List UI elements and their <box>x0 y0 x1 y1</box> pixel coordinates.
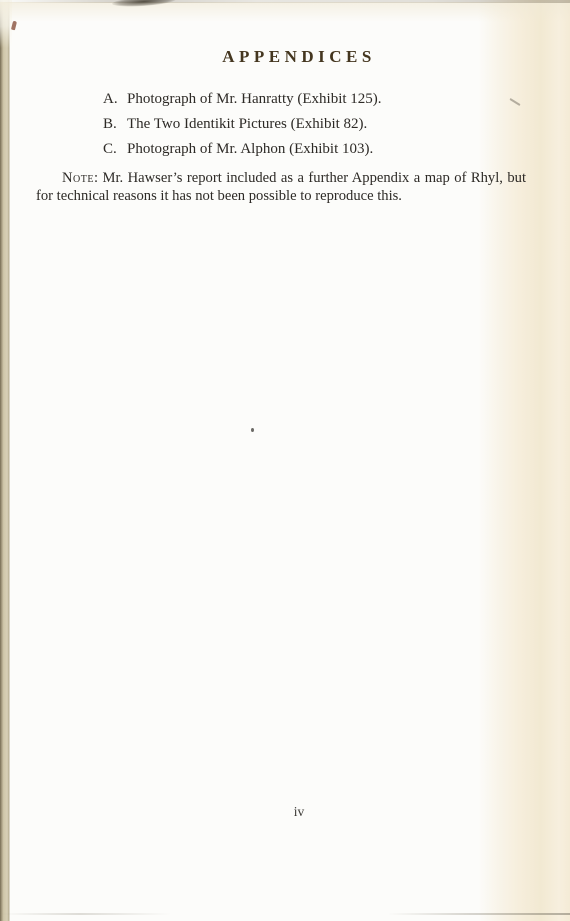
appendix-item-label: C. <box>103 141 127 158</box>
appendix-item-label: B. <box>103 116 127 133</box>
page-number: iv <box>28 804 570 820</box>
note-text: : Mr. Hawser’s report included as a furt… <box>36 170 526 204</box>
appendix-item-b: B. The Two Identikit Pictures (Exhibit 8… <box>103 116 367 133</box>
appendix-item-label: A. <box>103 91 127 108</box>
right-page-edge <box>478 0 570 921</box>
top-shadow-fade <box>0 2 570 22</box>
top-scan-edge <box>0 0 570 3</box>
appendix-item-text: Photograph of Mr. Hanratty (Exhibit 125)… <box>127 91 382 108</box>
appendix-item-text: The Two Identikit Pictures (Exhibit 82). <box>127 116 367 133</box>
ink-speck-middle <box>251 428 254 432</box>
ink-speck-top-left <box>11 21 17 31</box>
appendix-item-text: Photograph of Mr. Alphon (Exhibit 103). <box>127 141 373 158</box>
appendix-item-a: A. Photograph of Mr. Hanratty (Exhibit 1… <box>103 91 382 108</box>
scanned-book-page: APPENDICES A. Photograph of Mr. Hanratty… <box>0 0 570 921</box>
note-label: Note <box>62 170 94 186</box>
appendix-item-c: C. Photograph of Mr. Alphon (Exhibit 103… <box>103 141 373 158</box>
page-title: APPENDICES <box>28 47 570 67</box>
note-paragraph: Note: Mr. Hawser’s report included as a … <box>36 170 526 205</box>
bottom-scan-edge <box>0 913 570 915</box>
binding-edge-strip <box>0 0 10 921</box>
